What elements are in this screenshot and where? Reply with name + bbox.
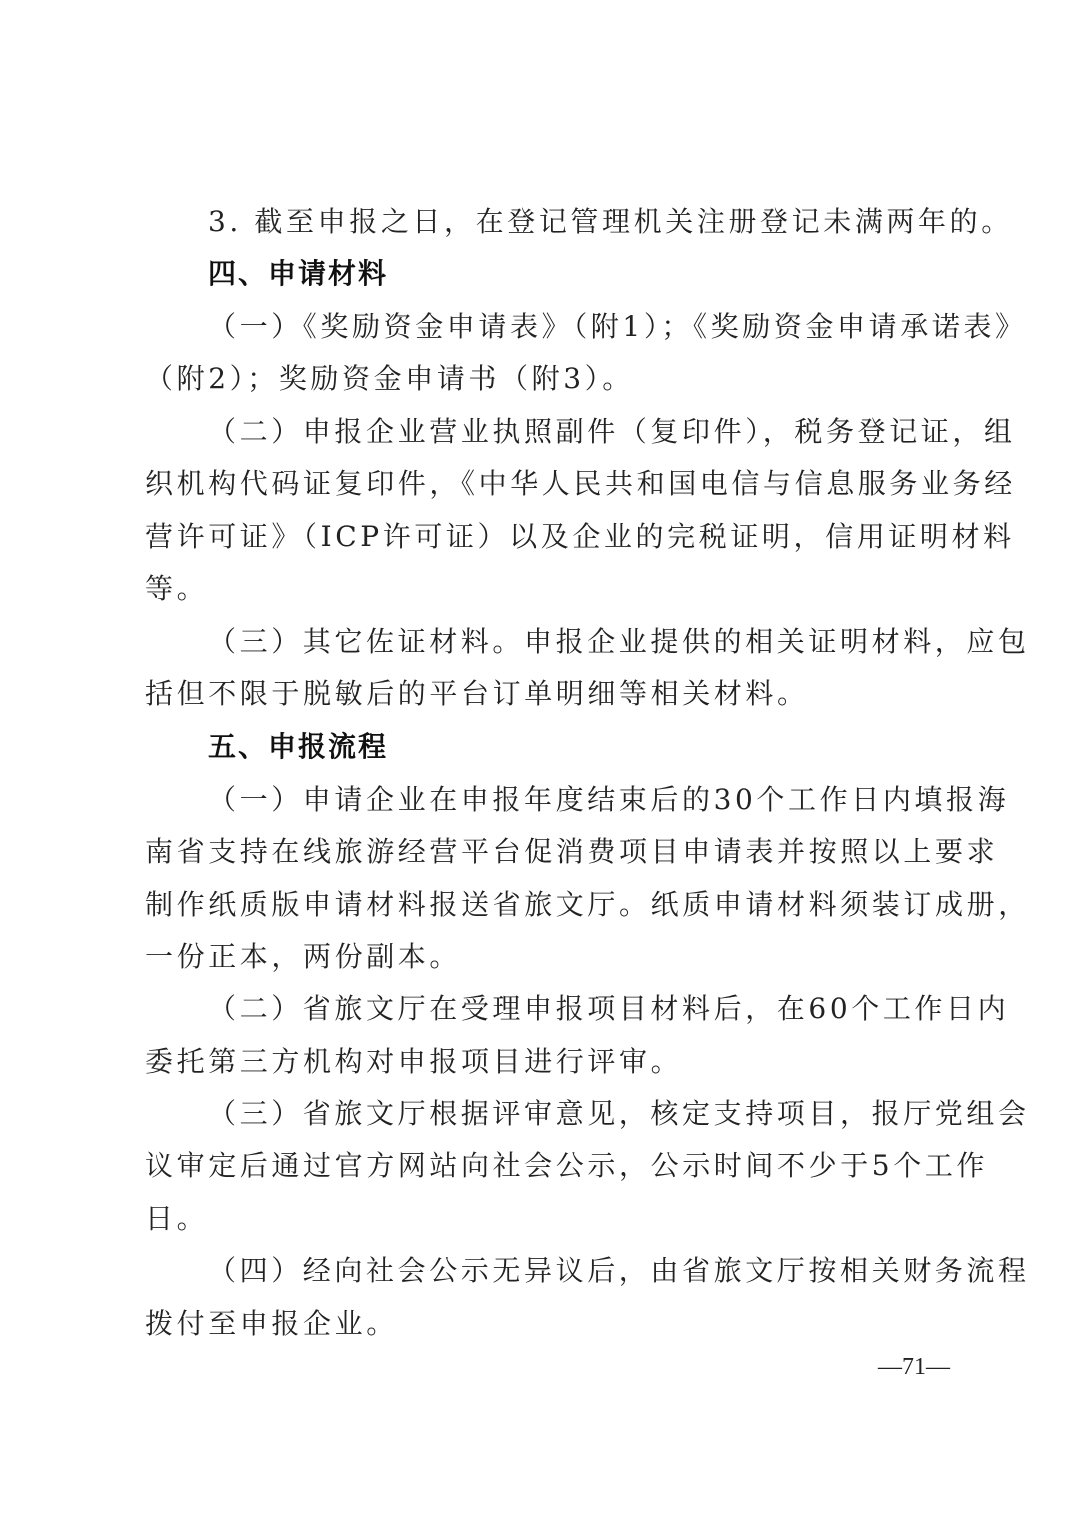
text-line-process-1c: 制作纸质版申请材料报送省旅文厅。纸质申请材料须装订成册， bbox=[145, 885, 945, 925]
text-line-process-1b: 南省支持在线旅游经营平台促消费项目申请表并按照以上要求 bbox=[145, 832, 945, 872]
text-line-process-3c: 日。 bbox=[145, 1199, 945, 1239]
text-line-materials-3a: （三）其它佐证材料。申报企业提供的相关证明材料，应包 bbox=[208, 622, 945, 662]
text-line-materials-2b: 织机构代码证复印件，《中华人民共和国电信与信息服务业务经 bbox=[145, 464, 945, 504]
text-line-process-4b: 拨付至申报企业。 bbox=[145, 1304, 945, 1344]
text-line-materials-1a: （一）《奖励资金申请表》（附1）；《奖励资金申请承诺表》 bbox=[208, 307, 945, 347]
text-line-process-1d: 一份正本，两份副本。 bbox=[145, 937, 945, 977]
text-line-materials-3b: 括但不限于脱敏后的平台订单明细等相关材料。 bbox=[145, 674, 945, 714]
section-heading-application-process: 五、申报流程 bbox=[208, 727, 1008, 767]
page-number: —71— bbox=[860, 1352, 950, 1382]
text-line-materials-1b: （附2）；奖励资金申请书（附3）。 bbox=[145, 359, 945, 399]
text-line-materials-2a: （二）申报企业营业执照副件（复印件），税务登记证，组 bbox=[208, 412, 945, 452]
text-line-process-3a: （三）省旅文厅根据评审意见，核定支持项目，报厅党组会 bbox=[208, 1094, 945, 1134]
text-line-process-1a: （一）申请企业在申报年度结束后的30个工作日内填报海 bbox=[208, 780, 945, 820]
text-line-materials-2c: 营许可证》（ICP许可证）以及企业的完税证明，信用证明材料 bbox=[145, 517, 945, 557]
text-line-ineligible-item-3: 3. 截至申报之日，在登记管理机关注册登记未满两年的。 bbox=[208, 202, 945, 242]
document-page: 3. 截至申报之日，在登记管理机关注册登记未满两年的。 四、申请材料 （一）《奖… bbox=[0, 0, 1080, 1527]
text-line-process-4a: （四）经向社会公示无异议后，由省旅文厅按相关财务流程 bbox=[208, 1251, 945, 1291]
text-line-process-3b: 议审定后通过官方网站向社会公示，公示时间不少于5个工作 bbox=[145, 1146, 945, 1186]
text-line-process-2a: （二）省旅文厅在受理申报项目材料后，在60个工作日内 bbox=[208, 989, 945, 1029]
text-line-materials-2d: 等。 bbox=[145, 569, 945, 609]
text-line-process-2b: 委托第三方机构对申报项目进行评审。 bbox=[145, 1042, 945, 1082]
section-heading-application-materials: 四、申请材料 bbox=[208, 254, 1008, 294]
